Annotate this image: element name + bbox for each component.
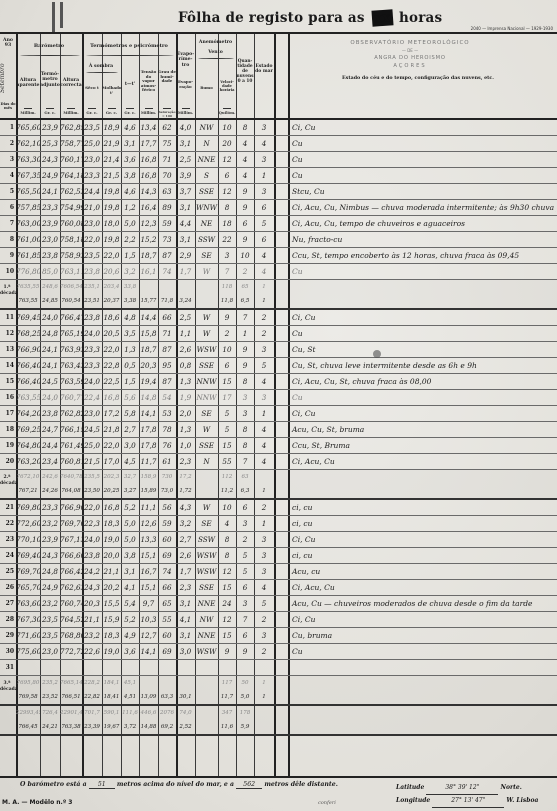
cell-tens: 19,4 — [139, 374, 158, 390]
cell-tadj: 24,8 — [40, 326, 60, 342]
col-corrected-height: Altura correcta — [60, 78, 82, 89]
cell-rumo: SSE — [195, 438, 218, 454]
sky-remarks: Nu, fracto-cu — [288, 232, 556, 248]
summary-rumo — [195, 280, 218, 294]
cell-tens: 9,7 — [139, 596, 158, 612]
cell-dif: 1,5 — [121, 248, 139, 264]
cell-evap: 1,1 — [176, 326, 195, 342]
summary-tadj: 24,26 — [40, 484, 60, 498]
page-title: Fôlha de registo para as xx horas — [178, 10, 442, 26]
cell-corr: 763,59 — [60, 374, 82, 390]
cell-molh: 15,5 — [102, 596, 121, 612]
decade-label: 3.ª década — [0, 676, 16, 706]
summary-nuv: 178 — [236, 706, 254, 720]
cell-dif: 5,2 — [121, 612, 139, 628]
cell-tadj: 23,0 — [40, 644, 60, 660]
cell-corr: 762,63 — [60, 580, 82, 596]
cell-rumo: W — [195, 422, 218, 438]
cell-corr: 760,77 — [60, 390, 82, 406]
cell-nuv: 10 — [236, 248, 254, 264]
cell-alt: 766,90 — [16, 342, 40, 358]
cell-hum: 71 — [158, 326, 176, 342]
day-number: 9 — [0, 248, 16, 264]
cell-rumo: WSW — [195, 342, 218, 358]
cell-tadj: 24,0 — [40, 310, 60, 326]
cell-seco: 22,6 — [82, 644, 102, 660]
cell-mar: 3 — [254, 152, 274, 168]
cell-molh: 21,8 — [102, 422, 121, 438]
summary-evap: 3,24 — [176, 294, 195, 308]
cell-corr — [60, 660, 82, 676]
cell-dif: 4,6 — [121, 184, 139, 200]
cell-hum: 63 — [158, 184, 176, 200]
summary-evap: 17,2 — [176, 470, 195, 484]
observatory-stamp: OBSERVATÓRIO METEOROLÓGICO — DE — ANGRA … — [340, 40, 480, 69]
summary-seco: 235,1 — [82, 280, 102, 294]
cell-vel: 15 — [218, 580, 236, 596]
cell-vel: 8 — [218, 532, 236, 548]
cell-hum: 62 — [158, 120, 176, 136]
table-row: 7763,0023,9760,0823,018,05,012,3594,4NE1… — [0, 216, 557, 232]
cell-vel: 9 — [218, 644, 236, 660]
cell-alt: 762,10 — [16, 136, 40, 152]
cell-evap: 2,9 — [176, 248, 195, 264]
cell-tadj: 23,9 — [40, 532, 60, 548]
cell-corr: 760,17 — [60, 152, 82, 168]
cell-mar: 2 — [254, 612, 274, 628]
cell-molh: 22,0 — [102, 342, 121, 358]
summary-rumo — [195, 676, 218, 690]
cell-hum: 66 — [158, 580, 176, 596]
cell-tens: 11,7 — [139, 454, 158, 470]
summary-mar: 1 — [254, 484, 274, 498]
cell-tens: 17,7 — [139, 136, 158, 152]
cell-hum: 53 — [158, 406, 176, 422]
cell-tens: 14,4 — [139, 310, 158, 326]
cell-tens: 15,1 — [139, 548, 158, 564]
summary-tens: 13,09 — [139, 690, 158, 704]
cell-alt: 769,45 — [16, 310, 40, 326]
cell-nuv: 8 — [236, 374, 254, 390]
cell-evap: 1,3 — [176, 374, 195, 390]
summary-rumo — [195, 720, 218, 734]
cell-corr: 760,81 — [60, 454, 82, 470]
sky-remarks: Cu — [288, 326, 556, 342]
summary-alt: 766,45 — [16, 720, 40, 734]
cell-rumo: SSE — [195, 184, 218, 200]
summary-dif: 3,72 — [121, 720, 139, 734]
cell-rumo: SE — [195, 516, 218, 532]
latitude-value: 38° 39' 12" — [426, 782, 498, 795]
cell-hum — [158, 660, 176, 676]
cell-tadj: 24,9 — [40, 580, 60, 596]
meters-distant-value: 562 — [236, 781, 262, 789]
cell-nuv: 9 — [236, 342, 254, 358]
sky-remarks: Ci, Cu — [288, 310, 556, 326]
summary-hum — [158, 676, 176, 690]
cell-tens: 16,7 — [139, 564, 158, 580]
cell-dif: 3,1 — [121, 564, 139, 580]
cell-hum: 73 — [158, 232, 176, 248]
col-cloud-amount: Quan-tidade de nuvens 0 a 10 — [236, 60, 254, 85]
cell-hum: 87 — [158, 248, 176, 264]
day-number: 15 — [0, 374, 16, 390]
cell-mar: 4 — [254, 580, 274, 596]
cell-tadj: 23,0 — [40, 232, 60, 248]
table-row: 9761,8523,8758,9323,522,01,518,7872,9SE3… — [0, 248, 557, 264]
cell-dif: 1,3 — [121, 342, 139, 358]
cell-vel: 15 — [218, 628, 236, 644]
summary-tadj: 23,52 — [40, 690, 60, 704]
bottom-rule — [0, 776, 557, 778]
cell-mar: 3 — [254, 184, 274, 200]
cell-tadj: 23,9 — [40, 120, 60, 136]
cell-hum: 75 — [158, 136, 176, 152]
cell-nuv: 7 — [236, 454, 254, 470]
cell-nuv: 4 — [236, 168, 254, 184]
decade-summary-row: 2.ª década7672,10242,67640,78235,5202,33… — [0, 470, 557, 500]
cell-molh: 18,9 — [102, 120, 121, 136]
day-number: 13 — [0, 342, 16, 358]
summary-dif: 33,8 — [121, 280, 139, 294]
summary-evap — [176, 280, 195, 294]
cell-tadj: 23,5 — [40, 612, 60, 628]
cell-nuv: 4 — [236, 136, 254, 152]
cell-nuv: 5 — [236, 548, 254, 564]
cell-tens: 14,1 — [139, 406, 158, 422]
cell-corr: 766,90 — [60, 500, 82, 516]
cell-tadj: 24,7 — [40, 422, 60, 438]
summary-seco: 23,50 — [82, 484, 102, 498]
cell-dif: 4,9 — [121, 628, 139, 644]
cell-mar: 4 — [254, 454, 274, 470]
col-sea-state: Estado do mar — [254, 64, 274, 74]
cell-alt: 763,20 — [16, 454, 40, 470]
cell-tens: 12,7 — [139, 628, 158, 644]
summary-vel: 11,6 — [218, 720, 236, 734]
cell-tadj: 23,8 — [40, 406, 60, 422]
sky-remarks: Ccu, St, tempo encoberto às 12 horas, ch… — [288, 248, 556, 264]
cell-molh: 17,0 — [102, 454, 121, 470]
sky-remarks: ci, cu — [288, 548, 556, 564]
sky-remarks: Stcu, Cu — [288, 184, 556, 200]
cell-vel: 22 — [218, 232, 236, 248]
cell-alt: 776,80 — [16, 264, 40, 280]
sky-remarks: Cu, bruma — [288, 628, 556, 644]
cell-mar: 4 — [254, 438, 274, 454]
summary-tadj: 235,2 — [40, 676, 60, 690]
cell-molh: 21,4 — [102, 152, 121, 168]
summary-corr: 763,38 — [60, 720, 82, 734]
cell-mar: 4 — [254, 248, 274, 264]
cell-dif: 3,1 — [121, 136, 139, 152]
cell-hum: 87 — [158, 342, 176, 358]
thermometers-header: Termómetros e psicrómetro — [82, 44, 176, 50]
cell-alt: 767,35 — [16, 168, 40, 184]
cell-rumo: SSW — [195, 232, 218, 248]
cell-rumo: NNW — [195, 390, 218, 406]
cell-vel: 6 — [218, 168, 236, 184]
cell-dif: 3,6 — [121, 644, 139, 660]
cell-evap: 3,1 — [176, 596, 195, 612]
cell-vel: 12 — [218, 564, 236, 580]
day-number: 31 — [0, 660, 16, 676]
cell-seco: 20,3 — [82, 596, 102, 612]
table-row: 11769,4524,0766,4723,818,64,814,4662,5W9… — [0, 310, 557, 326]
cell-rumo: W — [195, 264, 218, 280]
table-row: 14766,4024,1763,4323,322,80,520,3950,8SS… — [0, 358, 557, 374]
summary-nuv: 65 — [236, 280, 254, 294]
cell-tadj: 24,1 — [40, 184, 60, 200]
cell-molh: 20,0 — [102, 548, 121, 564]
col-sky-remarks: Estado do céu e do tempo, configuração d… — [288, 75, 548, 81]
day-number: 28 — [0, 612, 16, 628]
table-row: 30775,6023,0772,7222,619,03,614,1693,0WS… — [0, 644, 557, 660]
summary-vel: 347 — [218, 706, 236, 720]
table-row: 10776,8085,0763,1123,820,63,216,1741,7W7… — [0, 264, 557, 280]
cell-nuv: 7 — [236, 612, 254, 628]
cell-evap: 3,7 — [176, 184, 195, 200]
cell-evap: 4,0 — [176, 120, 195, 136]
summary-tens: 14,88 — [139, 720, 158, 734]
summary-evap: 2,52 — [176, 720, 195, 734]
cell-molh: 22,0 — [102, 438, 121, 454]
cell-corr: 765,19 — [60, 326, 82, 342]
cell-tens: 15,2 — [139, 232, 158, 248]
summary-nuv: 6,5 — [236, 294, 254, 308]
cell-hum: 66 — [158, 310, 176, 326]
cell-molh: 17,2 — [102, 406, 121, 422]
table-row: 25769,7024,8766,4224,221,13,116,7741,7WS… — [0, 564, 557, 580]
cell-rumo: NE — [195, 216, 218, 232]
table-row: 24769,4024,3766,6023,820,03,815,1692,6WS… — [0, 548, 557, 564]
cell-seco: 23,5 — [82, 120, 102, 136]
cell-alt: 775,60 — [16, 644, 40, 660]
cell-dif: 4,1 — [121, 580, 139, 596]
day-number: 11 — [0, 310, 16, 326]
cell-tadj: 24,3 — [40, 152, 60, 168]
cell-hum: 78 — [158, 422, 176, 438]
sky-remarks: ci, cu — [288, 500, 556, 516]
table-row: 29771,6023,5768,8023,218,34,912,7603,1NN… — [0, 628, 557, 644]
cell-corr: 763,11 — [60, 264, 82, 280]
cell-rumo: N — [195, 136, 218, 152]
decade-summary-row: 1.ª década7635,55248,67606,54235,1203,43… — [0, 280, 557, 310]
summary-rumo — [195, 294, 218, 308]
cell-alt: 763,60 — [16, 596, 40, 612]
sky-remarks: Cu — [288, 264, 556, 280]
summary-molh: 203,4 — [102, 280, 121, 294]
struck-hour: xx — [371, 9, 393, 26]
cell-dif: 5,0 — [121, 532, 139, 548]
summary-corr: 760,54 — [60, 294, 82, 308]
cell-nuv: 6 — [236, 580, 254, 596]
cell-tadj: 85,0 — [40, 264, 60, 280]
cell-rumo — [195, 660, 218, 676]
cell-mar: 4 — [254, 136, 274, 152]
cell-rumo: S — [195, 168, 218, 184]
cell-hum: 59 — [158, 516, 176, 532]
cell-molh: 21,9 — [102, 136, 121, 152]
day-number: 25 — [0, 564, 16, 580]
summary-evap — [176, 676, 195, 690]
cell-vel: 18 — [218, 216, 236, 232]
table-row: 28767,3023,5764,5221,115,95,210,3554,1NW… — [0, 612, 557, 628]
cell-tens: 18,7 — [139, 248, 158, 264]
cell-hum: 61 — [158, 454, 176, 470]
anemometer-header: Anemómetro — [195, 40, 236, 45]
cell-tadj: 23,4 — [40, 454, 60, 470]
table-row: 27763,6023,2760,7420,315,55,49,7653,1NNE… — [0, 596, 557, 612]
table-row: 8761,0023,0758,1822,019,82,215,2733,1SSW… — [0, 232, 557, 248]
summary-dif: 3,38 — [121, 294, 139, 308]
cell-molh: 19,8 — [102, 200, 121, 216]
cell-nuv: 2 — [236, 532, 254, 548]
day-number: 17 — [0, 406, 16, 422]
table-row: 15766,4024,5763,5924,022,51,519,4871,3NN… — [0, 374, 557, 390]
cell-tens: 13,4 — [139, 120, 158, 136]
summary-tadj: 24,21 — [40, 720, 60, 734]
table-row: 16763,5524,0760,7722,416,85,614,8541,9NN… — [0, 390, 557, 406]
cell-tens: 16,4 — [139, 200, 158, 216]
cell-dif: 3,6 — [121, 152, 139, 168]
cell-nuv: 9 — [236, 358, 254, 374]
register-sheet: Fôlha de registo para as xx horas 2040 —… — [0, 0, 557, 811]
cell-corr: 754,99 — [60, 200, 82, 216]
day-number: 23 — [0, 532, 16, 548]
cell-alt: 766,40 — [16, 358, 40, 374]
cell-dif: 1,2 — [121, 200, 139, 216]
table-row: 21769,8023,3766,9022,016,85,211,1564,3W1… — [0, 500, 557, 516]
cell-mar: 3 — [254, 120, 274, 136]
cell-vel: 7 — [218, 264, 236, 280]
summary-vel: 117 — [218, 676, 236, 690]
decade-label: 1.ª década — [0, 280, 16, 310]
cell-tens: 12,6 — [139, 516, 158, 532]
day-number: 22 — [0, 516, 16, 532]
cell-seco: 23,3 — [82, 358, 102, 374]
summary-alt: 7635,55 — [16, 280, 40, 294]
sky-remarks: Cu, St, chuva leve intermitente desde as… — [288, 358, 556, 374]
cell-mar: 2 — [254, 500, 274, 516]
sky-remarks: Ccu, St, Bruma — [288, 438, 556, 454]
cell-evap: 2,3 — [176, 580, 195, 596]
sky-remarks: Cu — [288, 168, 556, 184]
month-handwritten: Setembro — [0, 58, 16, 98]
summary-tadj: 24,85 — [40, 294, 60, 308]
summary-corr: 7640,78 — [60, 470, 82, 484]
cell-hum: 55 — [158, 612, 176, 628]
summary-corr: 22901,46 — [60, 706, 82, 720]
col-vapor-tension: Tensão do vapor atmos-férico — [139, 70, 158, 93]
cell-evap: 2,6 — [176, 548, 195, 564]
cell-mar: 2 — [254, 326, 274, 342]
summary-evap: 30,1 — [176, 690, 195, 704]
year-header: Ano 93 — [0, 38, 16, 49]
summary-molh: 20,37 — [102, 294, 121, 308]
cell-evap: 1,3 — [176, 422, 195, 438]
cell-mar: 5 — [254, 358, 274, 374]
table-row: 3763,3024,3760,1723,021,43,616,8712,5NNE… — [0, 152, 557, 168]
cell-molh: 21,5 — [102, 168, 121, 184]
summary-seco: 235,5 — [82, 470, 102, 484]
day-number: 6 — [0, 200, 16, 216]
sky-remarks: Ci, Acu, Cu, tempo de chuveiros e aguace… — [288, 216, 556, 232]
cell-corr: 760,74 — [60, 596, 82, 612]
cell-rumo: SSE — [195, 358, 218, 374]
summary-hum: 730 — [158, 470, 176, 484]
sky-remarks: Ci, Acu, Cu — [288, 454, 556, 470]
summary-molh: 184,1 — [102, 676, 121, 690]
cell-nuv: 9 — [236, 200, 254, 216]
day-number: 29 — [0, 628, 16, 644]
col-wet: Molhado t' — [102, 86, 121, 95]
cell-alt: 769,40 — [16, 548, 40, 564]
cell-molh: 22,5 — [102, 374, 121, 390]
cell-seco: 24,4 — [82, 184, 102, 200]
col-difference: t—t' — [121, 82, 139, 87]
cell-dif: 3,2 — [121, 264, 139, 280]
table-row: 17764,2023,8762,8223,017,25,814,1532,0SE… — [0, 406, 557, 422]
cell-evap: 3,0 — [176, 644, 195, 660]
cell-molh: 19,0 — [102, 532, 121, 548]
cell-hum: 76 — [158, 438, 176, 454]
cell-alt: 761,85 — [16, 248, 40, 264]
cell-tadj: 23,2 — [40, 516, 60, 532]
day-number: 18 — [0, 422, 16, 438]
summary-seco: 23,39 — [82, 720, 102, 734]
sky-remarks — [288, 660, 556, 676]
day-number: 5 — [0, 184, 16, 200]
cell-seco: 24,2 — [82, 564, 102, 580]
summary-vel: 112 — [218, 470, 236, 484]
cell-dif: 4,6 — [121, 120, 139, 136]
cell-corr: 758,93 — [60, 248, 82, 264]
cell-corr: 761,49 — [60, 438, 82, 454]
cell-dif: 4,5 — [121, 454, 139, 470]
cell-hum: 74 — [158, 264, 176, 280]
summary-molh: 202,3 — [102, 470, 121, 484]
summary-mar: 1 — [254, 280, 274, 294]
cell-rumo: NNE — [195, 596, 218, 612]
table-row: 26765,7024,9762,6324,320,24,115,1662,3SS… — [0, 580, 557, 596]
col-humidity: Grau de humi-dade — [158, 70, 176, 84]
cell-mar: 4 — [254, 422, 274, 438]
cell-corr: 764,52 — [60, 612, 82, 628]
sky-remarks: Acu, Cu, St, bruma — [288, 422, 556, 438]
cell-alt: 769,25 — [16, 422, 40, 438]
day-number: 2 — [0, 136, 16, 152]
cell-vel: 9 — [218, 310, 236, 326]
day-number: 14 — [0, 358, 16, 374]
cell-alt: 763,55 — [16, 390, 40, 406]
day-number: 27 — [0, 596, 16, 612]
cell-tens: 16,8 — [139, 168, 158, 184]
cell-tadj: 24,5 — [40, 374, 60, 390]
cell-alt: 769,80 — [16, 500, 40, 516]
cell-corr: 766,42 — [60, 564, 82, 580]
form-model: M. A. — Modêlo n.º 3 — [2, 799, 72, 806]
cell-nuv: 2 — [236, 264, 254, 280]
cell-seco: 24,0 — [82, 326, 102, 342]
summary-tadj: 248,6 — [40, 280, 60, 294]
cell-tens: 17,8 — [139, 422, 158, 438]
binder-mark — [52, 2, 55, 32]
cell-molh: 18,6 — [102, 310, 121, 326]
summary-seco: 22,82 — [82, 690, 102, 704]
cell-dif: 5,2 — [121, 500, 139, 516]
cell-alt: 768,25 — [16, 326, 40, 342]
